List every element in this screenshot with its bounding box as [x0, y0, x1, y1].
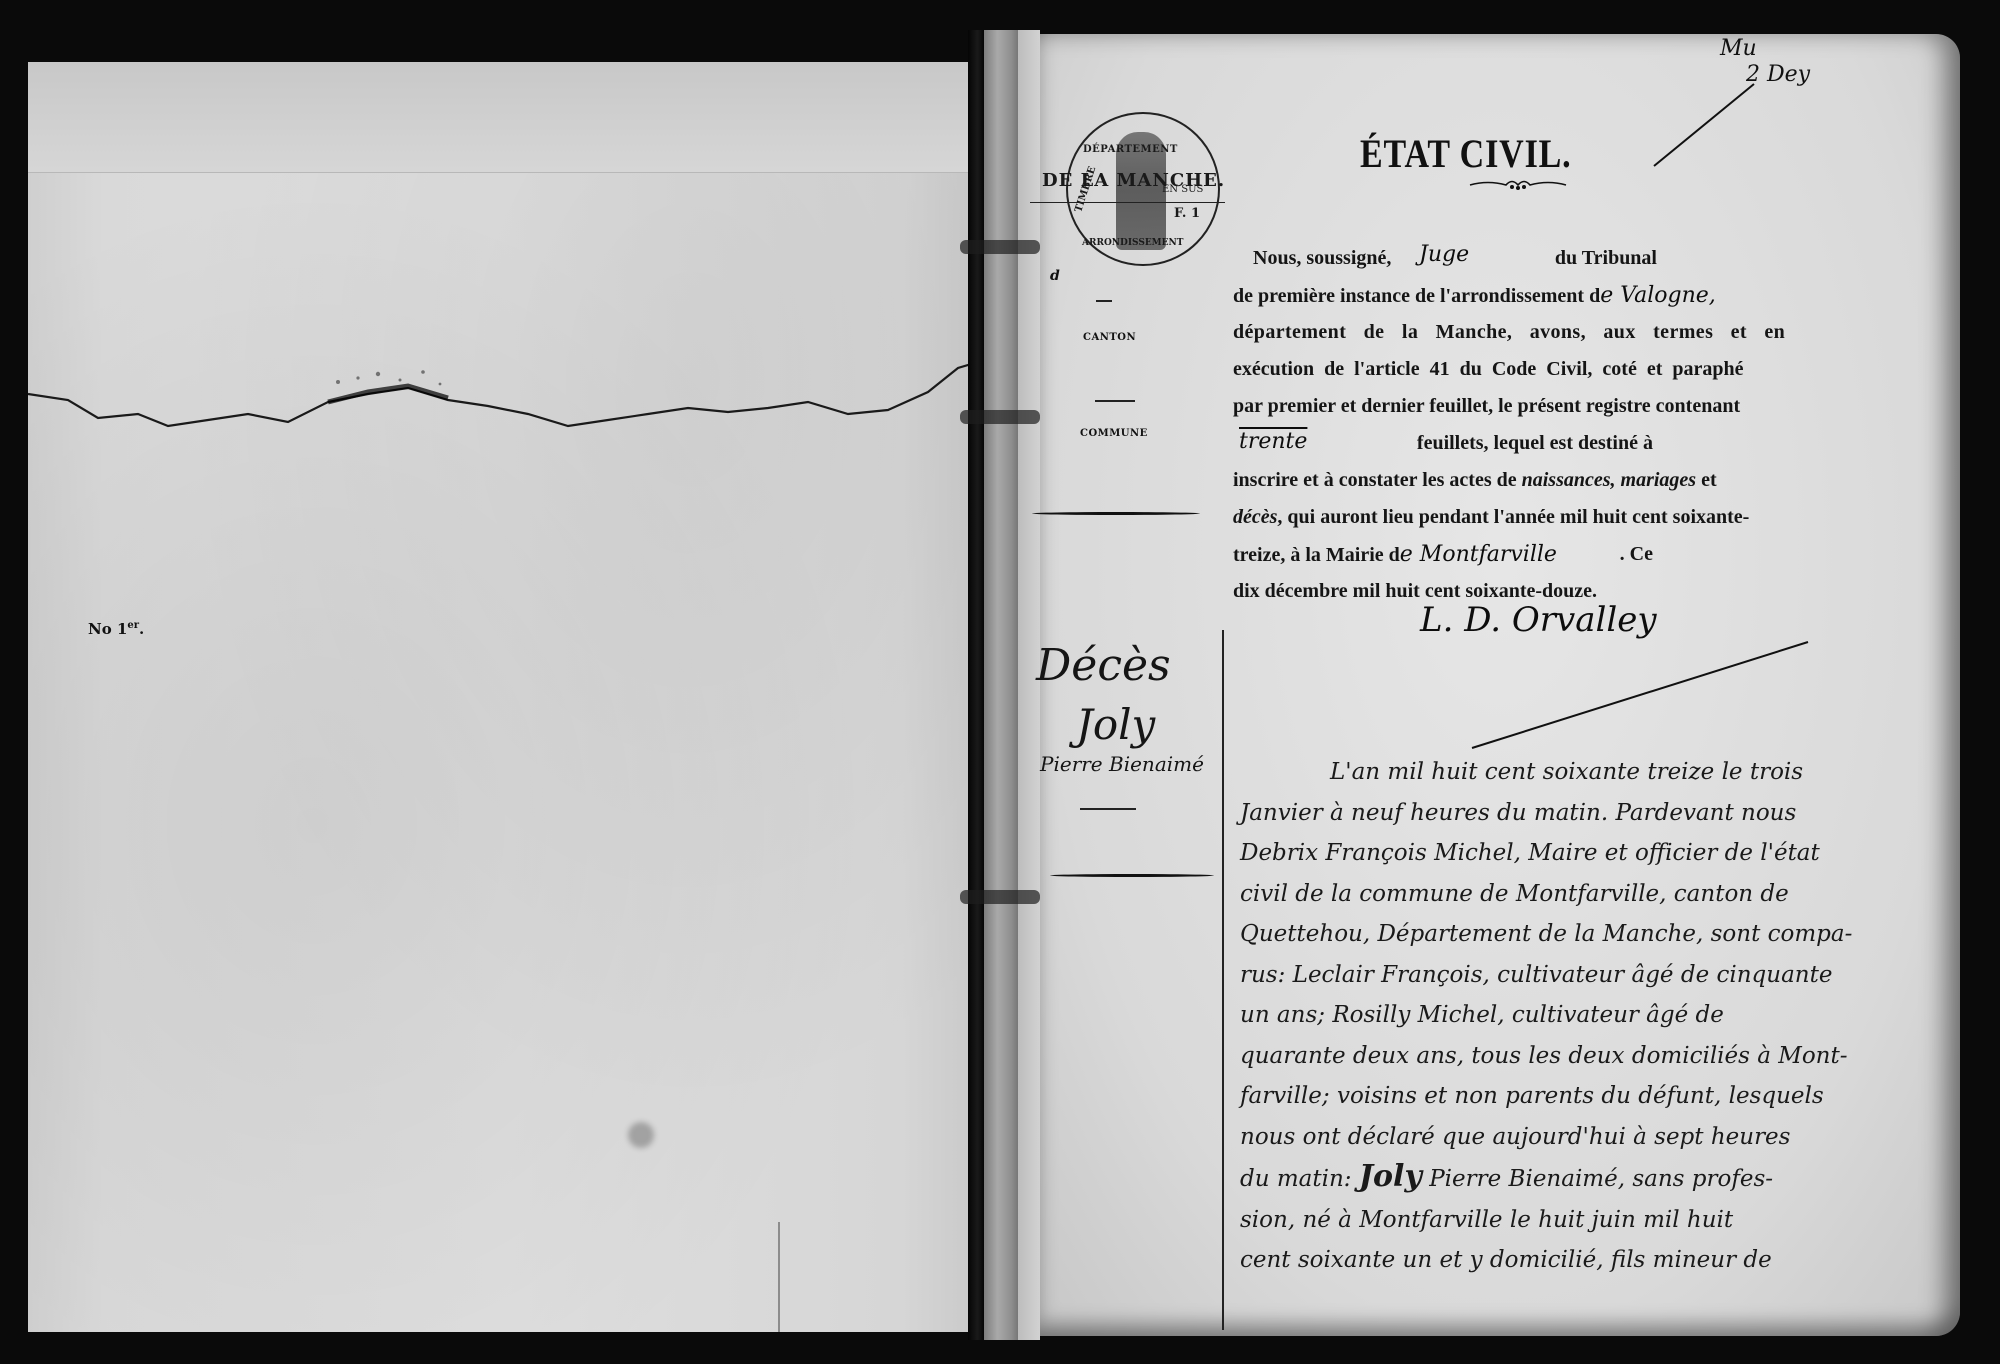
binding-gutter — [968, 30, 984, 1340]
margin-rule — [1050, 874, 1214, 877]
judge-signature: L. D. Orvalley — [1420, 600, 1657, 640]
ink-spot — [628, 1122, 654, 1148]
cert-births: naissances, — [1522, 469, 1616, 491]
deed-line: quarante deux ans, tous les deux domicil… — [1240, 1036, 1940, 1077]
acte-number-prefix: No 1 — [88, 620, 127, 638]
page-fold — [778, 1222, 780, 1332]
margin-dash — [1080, 808, 1136, 810]
cert-hand-arrondissement: e Valogne, — [1600, 283, 1716, 308]
cert-line-6: trente feuillets, lequel est destiné à — [1233, 425, 1649, 462]
stamp-value: F. 1 — [1174, 206, 1200, 221]
stamp-arrondissement: ARRONDISSEMENT — [1082, 238, 1183, 248]
signature-pen-stroke — [1470, 640, 1810, 750]
deed-line: Quettehou, Département de la Manche, son… — [1240, 914, 1940, 955]
cert-line-3: département de la Manche, avons, aux ter… — [1233, 314, 1649, 351]
cert-line-4: exécution de l'article 41 du Code Civil,… — [1233, 351, 1649, 388]
cert-deaths: décès — [1233, 506, 1277, 528]
cert-hand-sheet-count: trente — [1239, 423, 1307, 460]
margin-d-mark: d — [1050, 268, 1060, 284]
binding-tear — [960, 410, 1040, 424]
cert-printed: inscrire et à constater les actes de — [1233, 469, 1517, 491]
page-title: ÉTAT CIVIL. — [1360, 130, 1572, 177]
stamp-en-sus: EN SUS — [1162, 184, 1203, 195]
margin-vertical-rule — [1222, 630, 1224, 1330]
cert-marriages: mariages — [1621, 469, 1697, 491]
cert-line-9: treize, à la Mairie de Montfarville . Ce — [1233, 536, 1649, 573]
margin-deceased-given: Pierre Bienaimé — [1040, 752, 1204, 776]
deed-line: civil de la commune de Montfarville, can… — [1240, 874, 1940, 915]
margin-deceased-surname: Joly — [1076, 700, 1155, 749]
top-note-line-1: Mu — [1720, 36, 1810, 62]
binding-tear — [960, 890, 1040, 904]
acte-number-suffix: er — [127, 620, 139, 631]
stamp-rule — [1030, 202, 1225, 203]
death-record-text: L'an mil huit cent soixante treize le tr… — [1240, 752, 1940, 1281]
binding-strip — [984, 30, 1018, 1340]
stamp-department: DÉPARTEMENT — [1083, 144, 1178, 155]
certification-text: Nous, soussigné, Juge du Tribunal de pre… — [1233, 240, 1649, 610]
cert-printed: du Tribunal — [1555, 240, 1657, 277]
cert-printed: , qui auront lieu pendant l'année mil hu… — [1277, 506, 1749, 528]
acte-type: Décès — [1036, 640, 1171, 691]
commune-label: COMMUNE — [1080, 428, 1148, 439]
diagonal-pen-stroke — [1650, 80, 1760, 170]
cert-printed: et — [1701, 469, 1717, 491]
deed-line: sion, né à Montfarville le huit juin mil… — [1240, 1200, 1940, 1241]
paper-crack — [28, 322, 978, 442]
cert-hand-function: Juge — [1419, 236, 1469, 273]
cert-printed: Nous, soussigné, — [1253, 240, 1391, 277]
canton-label: CANTON — [1083, 332, 1136, 343]
deed-line: Janvier à neuf heures du matin. Pardevan… — [1240, 793, 1940, 834]
cert-printed: treize, à la Mairie d — [1233, 544, 1400, 566]
deed-line: Debrix François Michel, Maire et officie… — [1240, 833, 1940, 874]
cert-printed: . Ce — [1620, 536, 1653, 573]
deed-line: L'an mil huit cent soixante treize le tr… — [1240, 752, 1940, 793]
cert-line-7: inscrire et à constater les actes de nai… — [1233, 462, 1649, 499]
scanned-register-spread: Mu 2 Dey DÉPARTEMENT DE LA MANCHE. EN SU… — [0, 0, 2000, 1364]
cert-line-5: par premier et dernier feuillet, le prés… — [1233, 388, 1649, 425]
cert-line-8: décès, qui auront lieu pendant l'année m… — [1233, 499, 1649, 536]
deed-line: nous ont déclaré que aujourd'hui à sept … — [1240, 1117, 1940, 1158]
deed-line: un ans; Rosilly Michel, cultivateur âgé … — [1240, 995, 1940, 1036]
margin-dash — [1095, 400, 1135, 402]
cert-line-2: de première instance de l'arrondissement… — [1233, 277, 1649, 314]
cert-printed: de première instance de l'arrondissement… — [1233, 285, 1600, 307]
left-blank-page — [28, 62, 978, 1332]
deed-line: cent soixante un et y domicilié, fils mi… — [1240, 1240, 1940, 1281]
title-flourish-ornament — [1468, 176, 1568, 194]
cert-line-1: Nous, soussigné, Juge du Tribunal — [1233, 240, 1649, 277]
deed-line-deceased: du matin: Joly Pierre Bienaimé, sans pro… — [1240, 1157, 1940, 1200]
cert-printed: feuillets, lequel est destiné à — [1417, 425, 1653, 462]
margin-rule — [1032, 512, 1200, 515]
deed-line: farville; voisins et non parents du défu… — [1240, 1076, 1940, 1117]
deed-line: rus: Leclair François, cultivateur âgé d… — [1240, 955, 1940, 996]
margin-dash — [1096, 300, 1112, 302]
tax-stamp: DÉPARTEMENT DE LA MANCHE. EN SUS F. 1 AR… — [1066, 112, 1220, 266]
cert-hand-commune: e Montfarville — [1400, 542, 1557, 567]
deceased-name: Joly — [1359, 1159, 1422, 1194]
binding-tear — [960, 240, 1040, 254]
page-top-flap — [28, 62, 978, 173]
acte-number: No 1er. — [88, 620, 144, 638]
